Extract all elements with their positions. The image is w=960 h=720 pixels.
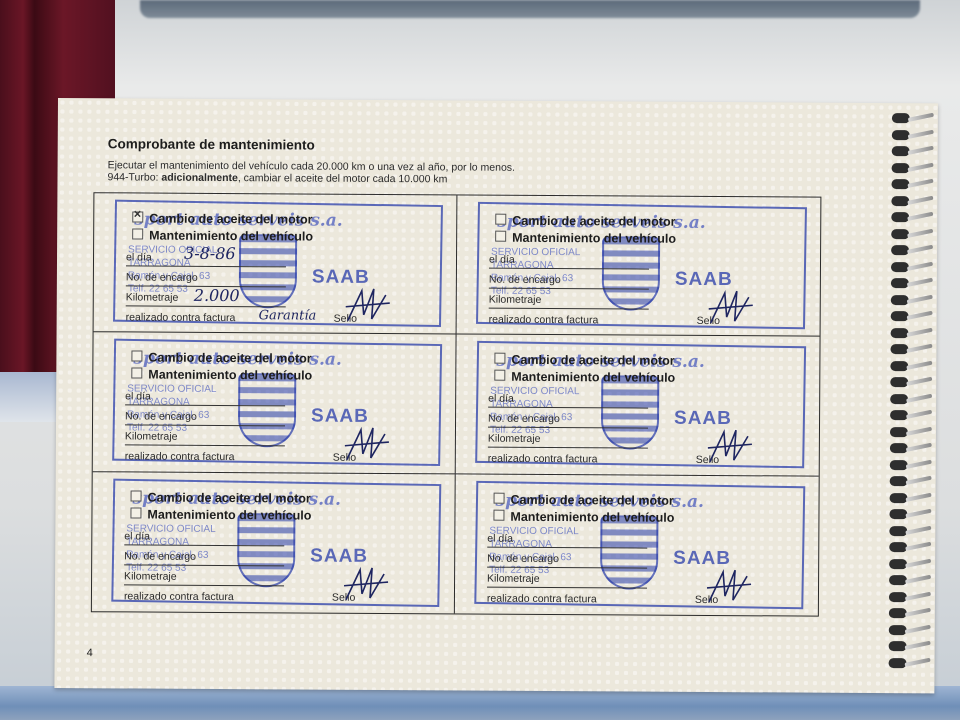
invoice-label: realizado contra factura (489, 314, 599, 327)
spiral-wire (906, 476, 932, 485)
oil-change-label: Cambio de aceite del motor (511, 492, 674, 507)
invoice-label: realizado contra factura (124, 590, 234, 603)
date-label: el día (125, 391, 151, 403)
maintenance-label: Mantenimiento del vehículo (147, 507, 311, 522)
maintenance-record-grid: sport auto serveis s.a. SERVICIO OFICIAL… (91, 192, 822, 616)
mileage-label: Kilometraje (125, 431, 178, 443)
porsche-crest-icon (600, 515, 658, 589)
signature (342, 563, 390, 603)
mileage-label: Kilometraje (487, 572, 540, 584)
maintenance-checkbox[interactable]: Mantenimiento del vehículo (130, 507, 311, 522)
maintenance-label: Mantenimiento del vehículo (511, 370, 675, 385)
porsche-crest-icon (601, 376, 659, 450)
oil-change-label: Cambio de aceite del motor (148, 351, 311, 366)
invoice-label: realizado contra factura (488, 453, 598, 466)
oil-change-label: Cambio de aceite del motor (149, 212, 312, 227)
maintenance-checkbox[interactable]: Mantenimiento del vehículo (495, 231, 676, 246)
maintenance-checkbox[interactable]: Mantenimiento del vehículo (132, 228, 313, 243)
spiral-wire (908, 113, 934, 122)
spiral-wire (905, 492, 931, 501)
order-number-label: No. de encargo (489, 274, 561, 286)
spiral-wire (906, 327, 932, 336)
oil-change-checkbox[interactable]: Cambio de aceite del motor (131, 490, 311, 505)
spiral-wire (906, 360, 932, 369)
oil-change-checkbox[interactable]: Cambio de aceite del motor (495, 214, 675, 229)
spiral-wire (907, 278, 933, 287)
spiral-wire (904, 657, 930, 666)
maintenance-record-6: sport auto serveis s.a. SERVICIO OFICIAL… (455, 474, 819, 616)
checkbox-icon[interactable] (494, 492, 505, 503)
checkbox-icon[interactable] (132, 211, 143, 222)
maintenance-checkbox[interactable]: Mantenimiento del vehículo (493, 509, 674, 524)
mileage-label: Kilometraje (124, 570, 177, 582)
date-label: el día (487, 532, 513, 544)
maintenance-record-1: sport auto serveis s.a. SERVICIO OFICIAL… (94, 193, 458, 335)
date-label: el día (488, 393, 514, 405)
order-number-label: No. de encargo (125, 411, 197, 423)
order-number-label: No. de encargo (488, 413, 560, 425)
spiral-wire (907, 261, 933, 270)
spiral-wire (907, 179, 933, 188)
checkbox-icon[interactable] (131, 368, 142, 379)
spiral-binding (885, 109, 944, 669)
spiral-wire (907, 311, 933, 320)
page-instructions: Ejecutar el mantenimiento del vehículo c… (107, 159, 515, 185)
maintenance-label: Mantenimiento del vehículo (149, 229, 313, 244)
order-number-label: No. de encargo (124, 550, 196, 562)
date-label: el día (126, 251, 152, 263)
signature (343, 424, 391, 464)
spiral-wire (907, 228, 933, 237)
instruction-emphasis: adicionalmente (161, 172, 238, 184)
date-label: el día (489, 254, 515, 266)
spiral-wire (907, 162, 933, 171)
maintenance-checkbox[interactable]: Mantenimiento del vehículo (131, 368, 312, 383)
date-label: el día (124, 530, 150, 542)
spiral-wire (905, 624, 931, 633)
signature (705, 566, 753, 606)
instruction-suffix: , cambiar el aceite del motor cada 10.00… (238, 172, 448, 185)
spiral-wire (906, 393, 932, 402)
page-title: Comprobante de mantenimiento (108, 136, 315, 152)
porsche-crest-icon (237, 513, 295, 587)
invoice-label: realizado contra factura (126, 311, 236, 324)
checkbox-icon[interactable] (494, 370, 505, 381)
oil-change-checkbox[interactable]: Cambio de aceite del motor (131, 351, 311, 366)
signature (707, 287, 755, 327)
spiral-wire (905, 608, 931, 617)
maintenance-label: Mantenimiento del vehículo (512, 231, 676, 246)
background-object (140, 0, 920, 18)
order-number-label: No. de encargo (487, 552, 559, 564)
spiral-wire (906, 443, 932, 452)
maintenance-record-3: sport auto serveis s.a. SERVICIO OFICIAL… (93, 333, 457, 475)
porsche-crest-icon (239, 234, 297, 308)
page-number: 4 (87, 647, 93, 659)
spiral-wire (906, 344, 932, 353)
spiral-wire (906, 377, 932, 386)
checkbox-icon[interactable] (495, 214, 506, 225)
maintenance-label: Mantenimiento del vehículo (148, 368, 312, 383)
maintenance-label: Mantenimiento del vehículo (510, 509, 674, 524)
invoice-label: realizado contra factura (487, 592, 597, 605)
checkbox-icon[interactable] (131, 490, 142, 501)
oil-change-checkbox[interactable]: Cambio de aceite del motor (494, 492, 674, 507)
spiral-wire (905, 641, 931, 650)
checkbox-icon[interactable] (130, 507, 141, 518)
spiral-wire (906, 426, 932, 435)
instruction-prefix: 944-Turbo: (107, 171, 161, 183)
porsche-crest-icon (602, 236, 660, 310)
oil-change-checkbox[interactable]: Cambio de aceite del motor (494, 353, 674, 368)
maintenance-record-5: sport auto serveis s.a. SERVICIO OFICIAL… (92, 472, 456, 614)
maintenance-record-4: sport auto serveis s.a. SERVICIO OFICIAL… (456, 335, 820, 477)
mileage-value[interactable]: 2.000 (194, 286, 240, 305)
spiral-wire (908, 146, 934, 155)
spiral-wire (907, 245, 933, 254)
oil-change-label: Cambio de aceite del motor (148, 490, 311, 505)
spiral-wire (905, 591, 931, 600)
spiral-wire (906, 459, 932, 468)
mileage-label: Kilometraje (489, 294, 542, 306)
signature (344, 285, 392, 325)
spiral-wire (905, 558, 931, 567)
checkbox-icon[interactable] (131, 351, 142, 362)
spiral-wire (905, 575, 931, 584)
maintenance-record-2: sport auto serveis s.a. SERVICIO OFICIAL… (457, 195, 821, 337)
oil-change-label: Cambio de aceite del motor (511, 353, 674, 368)
spiral-wire (907, 212, 933, 221)
spiral-wire (905, 542, 931, 551)
oil-change-label: Cambio de aceite del motor (512, 214, 675, 229)
spiral-wire (906, 410, 932, 419)
mileage-label: Kilometraje (126, 291, 179, 303)
oil-change-checkbox[interactable]: Cambio de aceite del motor (132, 211, 312, 226)
checkbox-icon[interactable] (132, 228, 143, 239)
date-value[interactable]: 3-8-86 (184, 244, 236, 263)
checkbox-icon[interactable] (495, 231, 506, 242)
order-number-label: No. de encargo (126, 271, 198, 283)
invoice-value[interactable]: Garantía (259, 308, 317, 323)
instruction-line-2: 944-Turbo: adicionalmente, cambiar el ac… (107, 171, 514, 185)
checkbox-icon[interactable] (494, 353, 505, 364)
spiral-wire (905, 525, 931, 534)
mileage-label: Kilometraje (488, 433, 541, 445)
maintenance-checkbox[interactable]: Mantenimiento del vehículo (494, 370, 675, 385)
spiral-wire (908, 129, 934, 138)
spiral-wire (907, 195, 933, 204)
spiral-wire (907, 294, 933, 303)
invoice-label: realizado contra factura (125, 451, 235, 464)
booklet-page: Comprobante de mantenimiento Ejecutar el… (54, 98, 938, 693)
signature (706, 426, 754, 466)
porsche-crest-icon (238, 373, 296, 447)
spiral-wire (905, 509, 931, 518)
checkbox-icon[interactable] (493, 509, 504, 520)
